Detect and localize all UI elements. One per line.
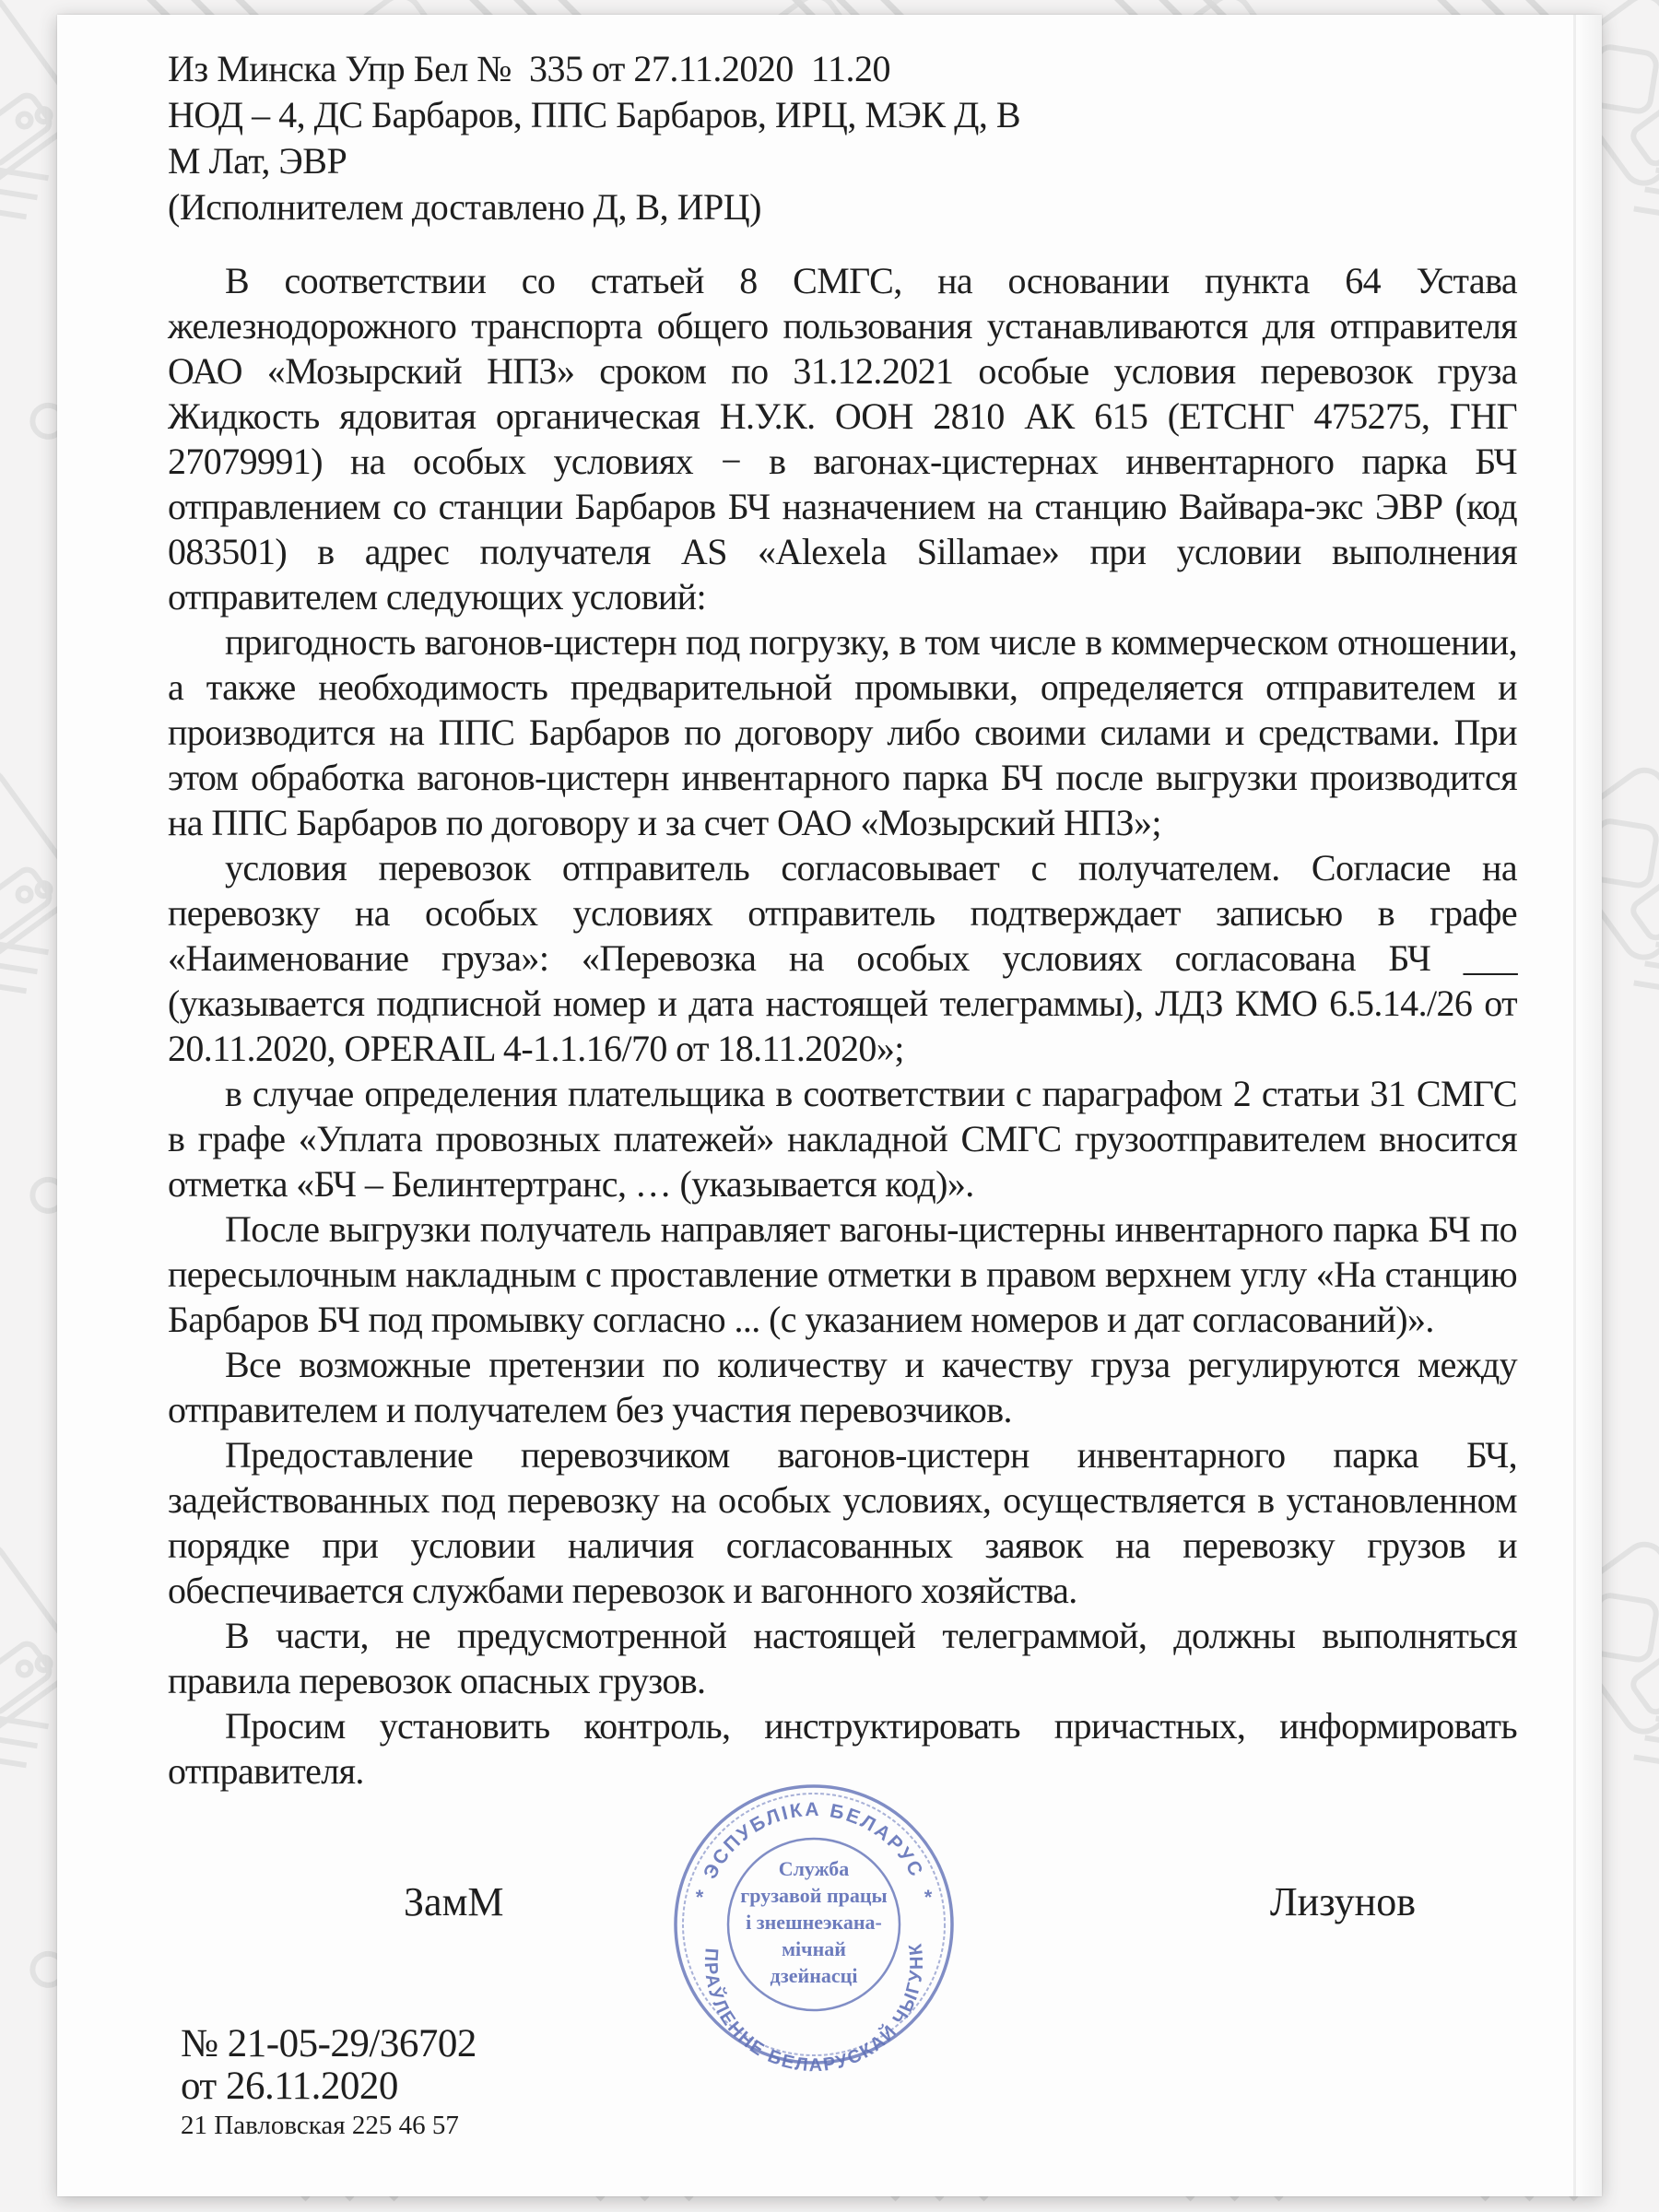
signature-name: Лизунов — [1270, 1878, 1416, 1925]
paragraph: В соответствии со статьей 8 СМГС, на осн… — [168, 258, 1517, 619]
header-line: НОД – 4, ДС Барбаров, ППС Барбаров, ИРЦ,… — [168, 92, 1517, 138]
stamp-center-line: грузавой працы — [740, 1884, 887, 1907]
document-date: от 26.11.2020 — [181, 2065, 477, 2108]
stamp-center-text: Служба грузавой працы і знешнеэкана- міч… — [740, 1857, 887, 1987]
stamp-star-right: * — [924, 1886, 933, 1909]
paragraph: Все возможные претензии по количеству и … — [168, 1342, 1517, 1432]
document-footer: № 21-05-29/36702 от 26.11.2020 21 Павлов… — [181, 2022, 477, 2143]
stamp-center-line: і знешнеэкана- — [746, 1911, 882, 1934]
document-number: № 21-05-29/36702 — [181, 2022, 477, 2065]
paragraph: В части, не предусмотренной настоящей те… — [168, 1613, 1517, 1703]
paragraph: условия перевозок отправитель согласовыв… — [168, 845, 1517, 1071]
document-page: Из Минска Упр Бел № 335 от 27.11.2020 11… — [57, 15, 1602, 2196]
telegram-body: В соответствии со статьей 8 СМГС, на осн… — [168, 258, 1517, 1794]
contact-line: 21 Павловская 225 46 57 — [181, 2108, 477, 2143]
header-line: М Лат, ЭВР — [168, 138, 1517, 184]
paragraph: Предоставление перевозчиком вагонов-цист… — [168, 1432, 1517, 1613]
telegram-header: Из Минска Упр Бел № 335 от 27.11.2020 11… — [168, 46, 1517, 230]
paragraph: После выгрузки получатель направляет ваг… — [168, 1206, 1517, 1342]
stamp-star-left: * — [696, 1886, 704, 1909]
header-line: Из Минска Упр Бел № 335 от 27.11.2020 11… — [168, 46, 1517, 92]
paragraph: пригодность вагонов-цистерн под погрузку… — [168, 619, 1517, 845]
official-stamp: РЭСПУБЛІКА БЕЛАРУСЬ УПРАЎЛЕННЕ БЕЛАРУСКА… — [657, 1768, 971, 2081]
stamp-center-line: Служба — [779, 1857, 850, 1880]
header-line: (Исполнителем доставлено Д, В, ИРЦ) — [168, 184, 1517, 230]
paragraph: в случае определения плательщика в соотв… — [168, 1071, 1517, 1206]
stamp-center-line: мічнай — [782, 1937, 846, 1960]
stamp-center-line: дзейнасці — [771, 1964, 858, 1987]
signature-position: ЗамМ — [404, 1878, 504, 1925]
